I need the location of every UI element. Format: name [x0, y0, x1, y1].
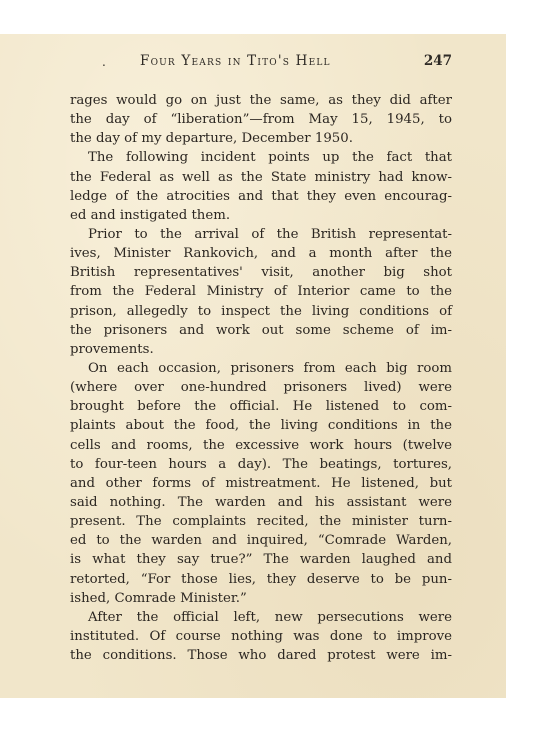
text-line: the day of “liberation”—from May 15, 194… [70, 110, 452, 129]
text-line: instituted. Of course nothing was done t… [70, 627, 452, 646]
running-title: Four Years in Tito's Hell [140, 53, 331, 69]
text-line: prison, allegedly to inspect the living … [70, 302, 452, 321]
text-line: Prior to the arrival of the British repr… [70, 225, 452, 244]
text-line: (where over one-hundred prisoners lived)… [70, 378, 452, 397]
text-line: ives, Minister Rankovich, and a month af… [70, 244, 452, 263]
text-line: On each occasion, prisoners from each bi… [70, 359, 452, 378]
text-line: the Federal as well as the State ministr… [70, 168, 452, 187]
ink-speck: . [102, 55, 106, 69]
text-line: cells and rooms, the excessive work hour… [70, 436, 452, 455]
paragraph: Prior to the arrival of the British repr… [70, 225, 452, 359]
text-line: provements. [70, 340, 452, 359]
text-line: and other forms of mistreatment. He list… [70, 474, 452, 493]
page-number: 247 [424, 53, 452, 69]
text-line: the day of my departure, December 1950. [70, 129, 452, 148]
text-line: The following incident points up the fac… [70, 148, 452, 167]
text-line: ledge of the atrocities and that they ev… [70, 187, 452, 206]
text-line: After the official left, new persecution… [70, 608, 452, 627]
body-text: rages would go on just the same, as they… [70, 91, 452, 665]
paragraph: On each occasion, prisoners from each bi… [70, 359, 452, 608]
text-line: rages would go on just the same, as they… [70, 91, 452, 110]
text-line: brought before the official. He listened… [70, 397, 452, 416]
text-line: plaints about the food, the living condi… [70, 416, 452, 435]
text-line: present. The complaints recited, the min… [70, 512, 452, 531]
text-line: the conditions. Those who dared protest … [70, 646, 452, 665]
text-line: from the Federal Ministry of Interior ca… [70, 282, 452, 301]
text-line: ed and instigated them. [70, 206, 452, 225]
paragraph: The following incident points up the fac… [70, 148, 452, 225]
text-line: retorted, “For those lies, they deserve … [70, 570, 452, 589]
text-line: British representatives' visit, another … [70, 263, 452, 282]
paragraph: rages would go on just the same, as they… [70, 91, 452, 148]
text-line: is what they say true?” The warden laugh… [70, 550, 452, 569]
running-header: . Four Years in Tito's Hell 247 [70, 51, 452, 71]
text-line: to four-teen hours a day). The beatings,… [70, 455, 452, 474]
book-page: . Four Years in Tito's Hell 247 rages wo… [0, 34, 506, 698]
text-line: ed to the warden and inquired, “Comrade … [70, 531, 452, 550]
text-line: the prisoners and work out some scheme o… [70, 321, 452, 340]
paragraph: After the official left, new persecution… [70, 608, 452, 665]
text-line: said nothing. The warden and his assista… [70, 493, 452, 512]
text-line: ished, Comrade Minister.” [70, 589, 452, 608]
